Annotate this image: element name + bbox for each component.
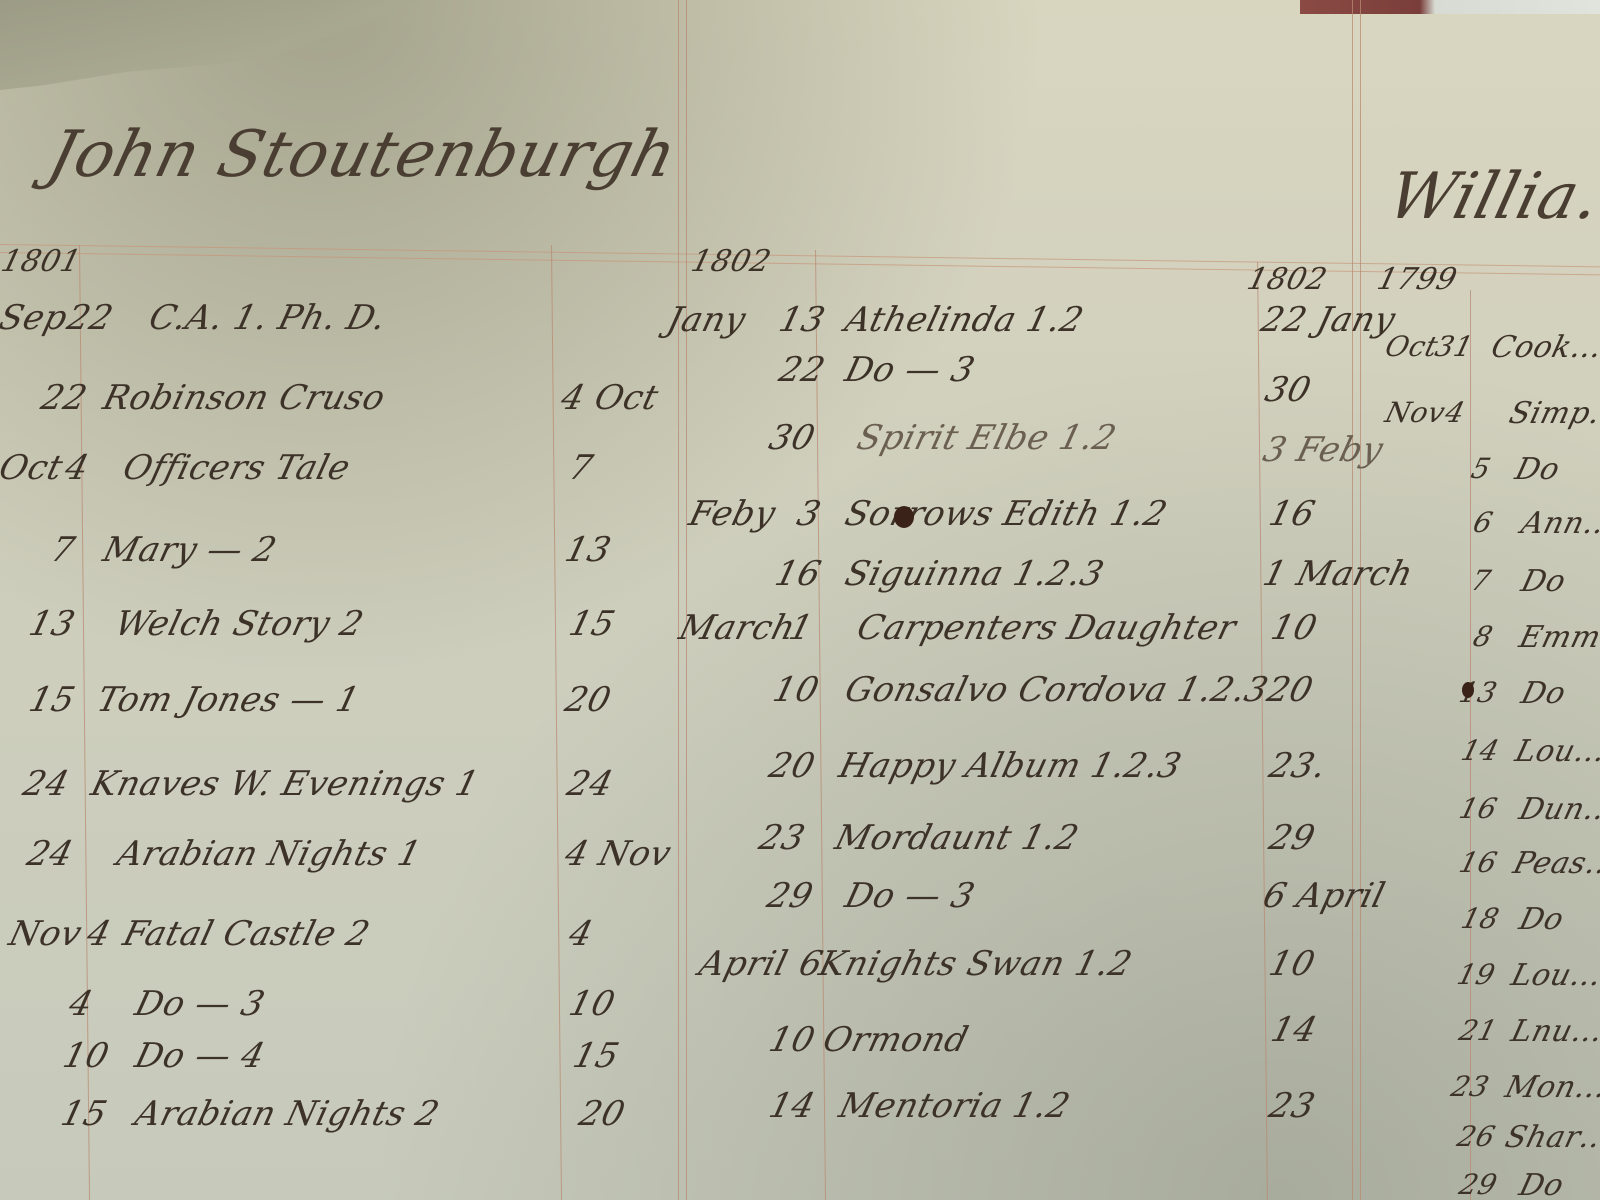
entry-title: Do — 4 [131,1036,269,1076]
entry-day: 16 [1456,846,1501,879]
entry-day: 16 [771,554,825,594]
page-divider-3 [1352,0,1353,1200]
entry-day: 23 [1448,1070,1493,1103]
entry-returned: 3 Feby [1259,430,1387,470]
year-right: 1799 [1374,262,1461,297]
entry-title: Do [1518,564,1570,599]
entry-day: 22 [775,350,829,390]
entry-returned: 16 [1265,494,1319,534]
entry-month: Oct [0,448,67,488]
entry-day: 7 [1468,564,1495,597]
entry-returned: 4 Oct [557,378,663,418]
entry-returned: 29 [1265,818,1319,858]
entry-title: Welch Story 2 [111,604,368,644]
entry-day: 10 [765,1020,819,1060]
entry-returned: 10 [1265,944,1319,984]
year-middle: 1802 [688,244,775,279]
entry-title: Tom Jones — 1 [93,680,364,720]
book-binding-edge [1300,0,1600,14]
entry-day: 4 [61,448,93,488]
entry-day: 23 [755,818,809,858]
entry-day: 19 [1454,958,1499,991]
entry-title: Athelinda 1.2 [841,300,1088,340]
entry-returned: 1 March [1259,554,1417,594]
entry-day: 22 [37,378,91,418]
entry-title: C.A. 1. Ph. D. [145,298,390,338]
entry-month: April [695,944,792,984]
torn-paper-corner [0,0,420,90]
entry-returned: 13 [561,530,615,570]
entry-title: Siguinna 1.2.3 [841,554,1108,594]
entry-returned: 23 [1265,1086,1319,1126]
page-divider-4 [1360,0,1361,1200]
entry-title: Emm… [1516,620,1600,655]
entry-day: 22 [63,298,117,338]
entry-title: Mentoria 1.2 [835,1086,1074,1126]
entry-title: Shar… [1502,1120,1600,1155]
entry-returned: 4 [565,914,597,954]
entry-title: Ann… [1518,506,1600,541]
entry-day: 24 [19,764,73,804]
entry-month: March [675,608,800,648]
entry-returned: 20 [575,1094,629,1134]
entry-day: 30 [765,418,819,458]
entry-month: Nov [5,914,86,954]
entry-day: 6 [1470,506,1497,539]
entry-returned: 7 [565,448,597,488]
entry-returned: 23. [1265,746,1331,786]
entry-day: 20 [765,746,819,786]
entry-returned: 10 [1267,608,1321,648]
entry-day: 15 [25,680,79,720]
entry-returned: 24 [563,764,617,804]
entry-title: Arabian Nights 1 [113,834,426,874]
entry-title: Dun… [1516,792,1600,827]
entry-day: 7 [47,530,79,570]
entry-day: 14 [765,1086,819,1126]
ink-blot [894,506,914,528]
entry-title: Do [1518,676,1570,711]
entry-title: Do [1516,1168,1568,1200]
entry-title: Spirit Elbe 1.2 [853,418,1120,458]
entry-returned: 22 Jany [1257,300,1400,340]
page-divider-2 [686,0,687,1200]
entry-title: Simp… [1506,396,1600,431]
entry-day: 4 [65,984,97,1024]
account-name-right: Willia… [1381,160,1600,234]
entry-returned: 6 April [1259,876,1389,916]
entry-day: 29 [1456,1168,1501,1200]
entry-returned: 30 [1261,370,1315,410]
year-left: 1801 [0,244,85,279]
entry-day: 5 [1468,452,1495,485]
entry-day: 15 [57,1094,111,1134]
entry-title: Mary — 2 [99,530,281,570]
entry-day: 4 [83,914,115,954]
year-middle-return: 1802 [1244,262,1331,297]
entry-title: Lou… [1508,958,1600,993]
ink-blot [1462,682,1474,698]
entry-month: Sep [0,298,72,338]
entry-title: Mon… [1502,1070,1600,1105]
entry-month: Nov [1382,396,1449,429]
entry-day: 13 [25,604,79,644]
entry-day: 10 [769,670,823,710]
account-name-left: John Stoutenburgh [41,118,684,192]
entry-title: Happy Album 1.2.3 [835,746,1186,786]
entry-title: Fatal Castle 2 [119,914,374,954]
entry-title: Do [1516,902,1568,937]
entry-returned: 20 [561,680,615,720]
ledger-page: John Stoutenburgh Willia… 1801 1802 1802… [0,0,1600,1200]
entry-returned: 10 [565,984,619,1024]
entry-month: Feby [685,494,780,534]
entry-returned: 15 [569,1036,623,1076]
entry-day: 24 [23,834,77,874]
entry-day: 8 [1470,620,1497,653]
entry-title: Mordaunt 1.2 [831,818,1083,858]
entry-title: Sorrows Edith 1.2 [841,494,1171,534]
entry-title: Ormond [819,1020,972,1060]
entry-title: Arabian Nights 2 [131,1094,444,1134]
entry-title: Knaves W. Evenings 1 [87,764,483,804]
entry-title: Cook… [1488,330,1600,365]
entry-title: Gonsalvo Cordova 1.2.3 [841,670,1272,710]
entry-title: Lnu… [1508,1014,1600,1049]
entry-title: Do — 3 [841,350,979,390]
entry-title: Do — 3 [841,876,979,916]
entry-title: Peas… [1510,846,1600,881]
entry-day: 16 [1456,792,1501,825]
entry-day: 10 [59,1036,113,1076]
entry-returned: 4 Nov [561,834,675,874]
entry-day: 14 [1458,734,1503,767]
entry-day: 3 [793,494,825,534]
page-divider-1 [678,0,679,1200]
entry-title: Lou… [1512,734,1600,769]
entry-returned: 14 [1267,1010,1321,1050]
entry-month: Jany [663,300,750,340]
entry-day: 18 [1458,902,1503,935]
entry-title: Robinson Cruso [99,378,389,418]
entry-day: 21 [1456,1014,1501,1047]
entry-title: Knights Swan 1.2 [815,944,1136,984]
entry-title: Do [1512,452,1564,487]
entry-day: 29 [763,876,817,916]
entry-day: 26 [1454,1120,1499,1153]
entry-returned: 20 [1263,670,1317,710]
entry-returned: 15 [565,604,619,644]
left-return-column [551,245,562,1200]
entry-title: Officers Tale [119,448,354,488]
entry-title: Do — 3 [131,984,269,1024]
entry-title: Carpenters Daughter [853,608,1240,648]
entry-day: 13 [775,300,829,340]
